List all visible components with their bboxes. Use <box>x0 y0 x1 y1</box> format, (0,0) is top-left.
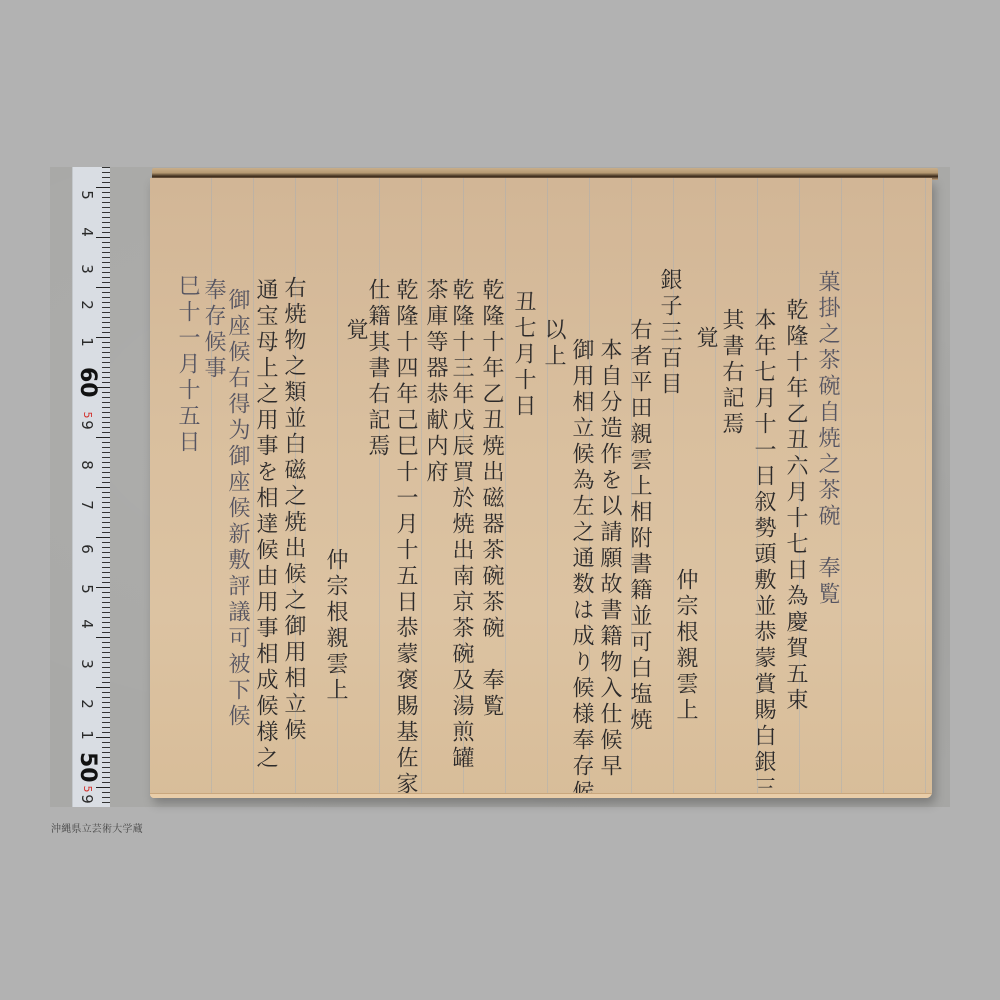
ruler-label: 5 <box>77 579 97 599</box>
manuscript-column: 乾隆十三年戊辰買於焼出南京茶碗及湯煎罐 <box>446 278 476 772</box>
ruler-label: 3 <box>77 654 97 674</box>
ruler-label: 2 <box>77 694 97 714</box>
ruler-label: 4 <box>77 614 97 634</box>
ruler-label-major: 60 <box>77 367 97 387</box>
manuscript-column: 仕籍其書右記焉 <box>362 278 392 460</box>
manuscript-column-heading: 覚 <box>690 326 720 352</box>
manuscript-column: 乾隆十年乙丑焼出磁器茶碗茶碗 奉覧 <box>476 278 506 720</box>
manuscript-column: 通宝母上之用事を相達候由用事相成候様之 <box>250 278 280 772</box>
ruler-label-major: 50 <box>77 752 97 772</box>
ruler-label: 4 <box>77 222 97 242</box>
manuscript-column: 奉存候事 <box>198 278 228 382</box>
manuscript-column: 銀子三百目 <box>654 268 684 398</box>
measuring-scale: 5 4 3 2 1 60 5 9 8 7 6 5 4 3 2 1 50 5 9 <box>72 167 110 807</box>
ruler-label: 8 <box>77 455 97 475</box>
manuscript-column: 乾隆十四年己巳十一月十五日恭蒙褒賜基佐家譜擢 <box>390 278 420 798</box>
manuscript-column-heading: 覚 <box>340 318 370 344</box>
collection-credit: 沖縄県立芸術大学蔵 <box>51 820 143 835</box>
ruler-label: 1 <box>77 332 97 352</box>
manuscript-date: 巳十一月十五日 <box>172 274 202 456</box>
manuscript-column: 以上 <box>538 318 568 370</box>
ruler-label: 3 <box>77 259 97 279</box>
manuscript-column: 菓掛之茶碗自焼之茶碗 奉覧 <box>812 270 842 608</box>
manuscript-column: 右焼物之類並白磁之焼出候之御用相立候 <box>278 276 308 744</box>
ruler-major-ticks <box>96 167 110 807</box>
manuscript-signature: 仲宗根親雲上 <box>320 548 350 704</box>
manuscript-date: 丑七月十日 <box>508 290 538 420</box>
ruler-label: 7 <box>77 495 97 515</box>
manuscript-column: 本年七月十一日叙勢頭敷並恭蒙賞賜白銀三百両 <box>748 308 778 798</box>
ruler-label: 9 <box>77 415 97 435</box>
manuscript-column: 本自分造作を以請願故書籍物入仕候早 <box>594 338 624 780</box>
ruler-label: 5 <box>77 185 97 205</box>
ruler-label: 1 <box>77 725 97 745</box>
manuscript-column: 其書右記焉 <box>716 308 746 438</box>
manuscript-column: 御用相立候為左之通数は成り候様奉存候事 <box>566 338 596 798</box>
ruler-label: 2 <box>77 295 97 315</box>
ruler-label: 9 <box>77 789 97 809</box>
ruler-label: 6 <box>77 539 97 559</box>
manuscript-page: 菓掛之茶碗自焼之茶碗 奉覧 乾隆十年乙丑六月十七日為慶賀五束 本年七月十一日叙勢… <box>150 178 932 798</box>
manuscript-column: 右者平田親雲上相附書籍並可白塩焼 <box>624 318 654 734</box>
manuscript-column: 乾隆十年乙丑六月十七日為慶賀五束 <box>780 298 810 714</box>
manuscript-column: 茶庫等器恭献内府 <box>420 278 450 486</box>
manuscript-signature: 仲宗根親雲上 <box>670 568 700 724</box>
